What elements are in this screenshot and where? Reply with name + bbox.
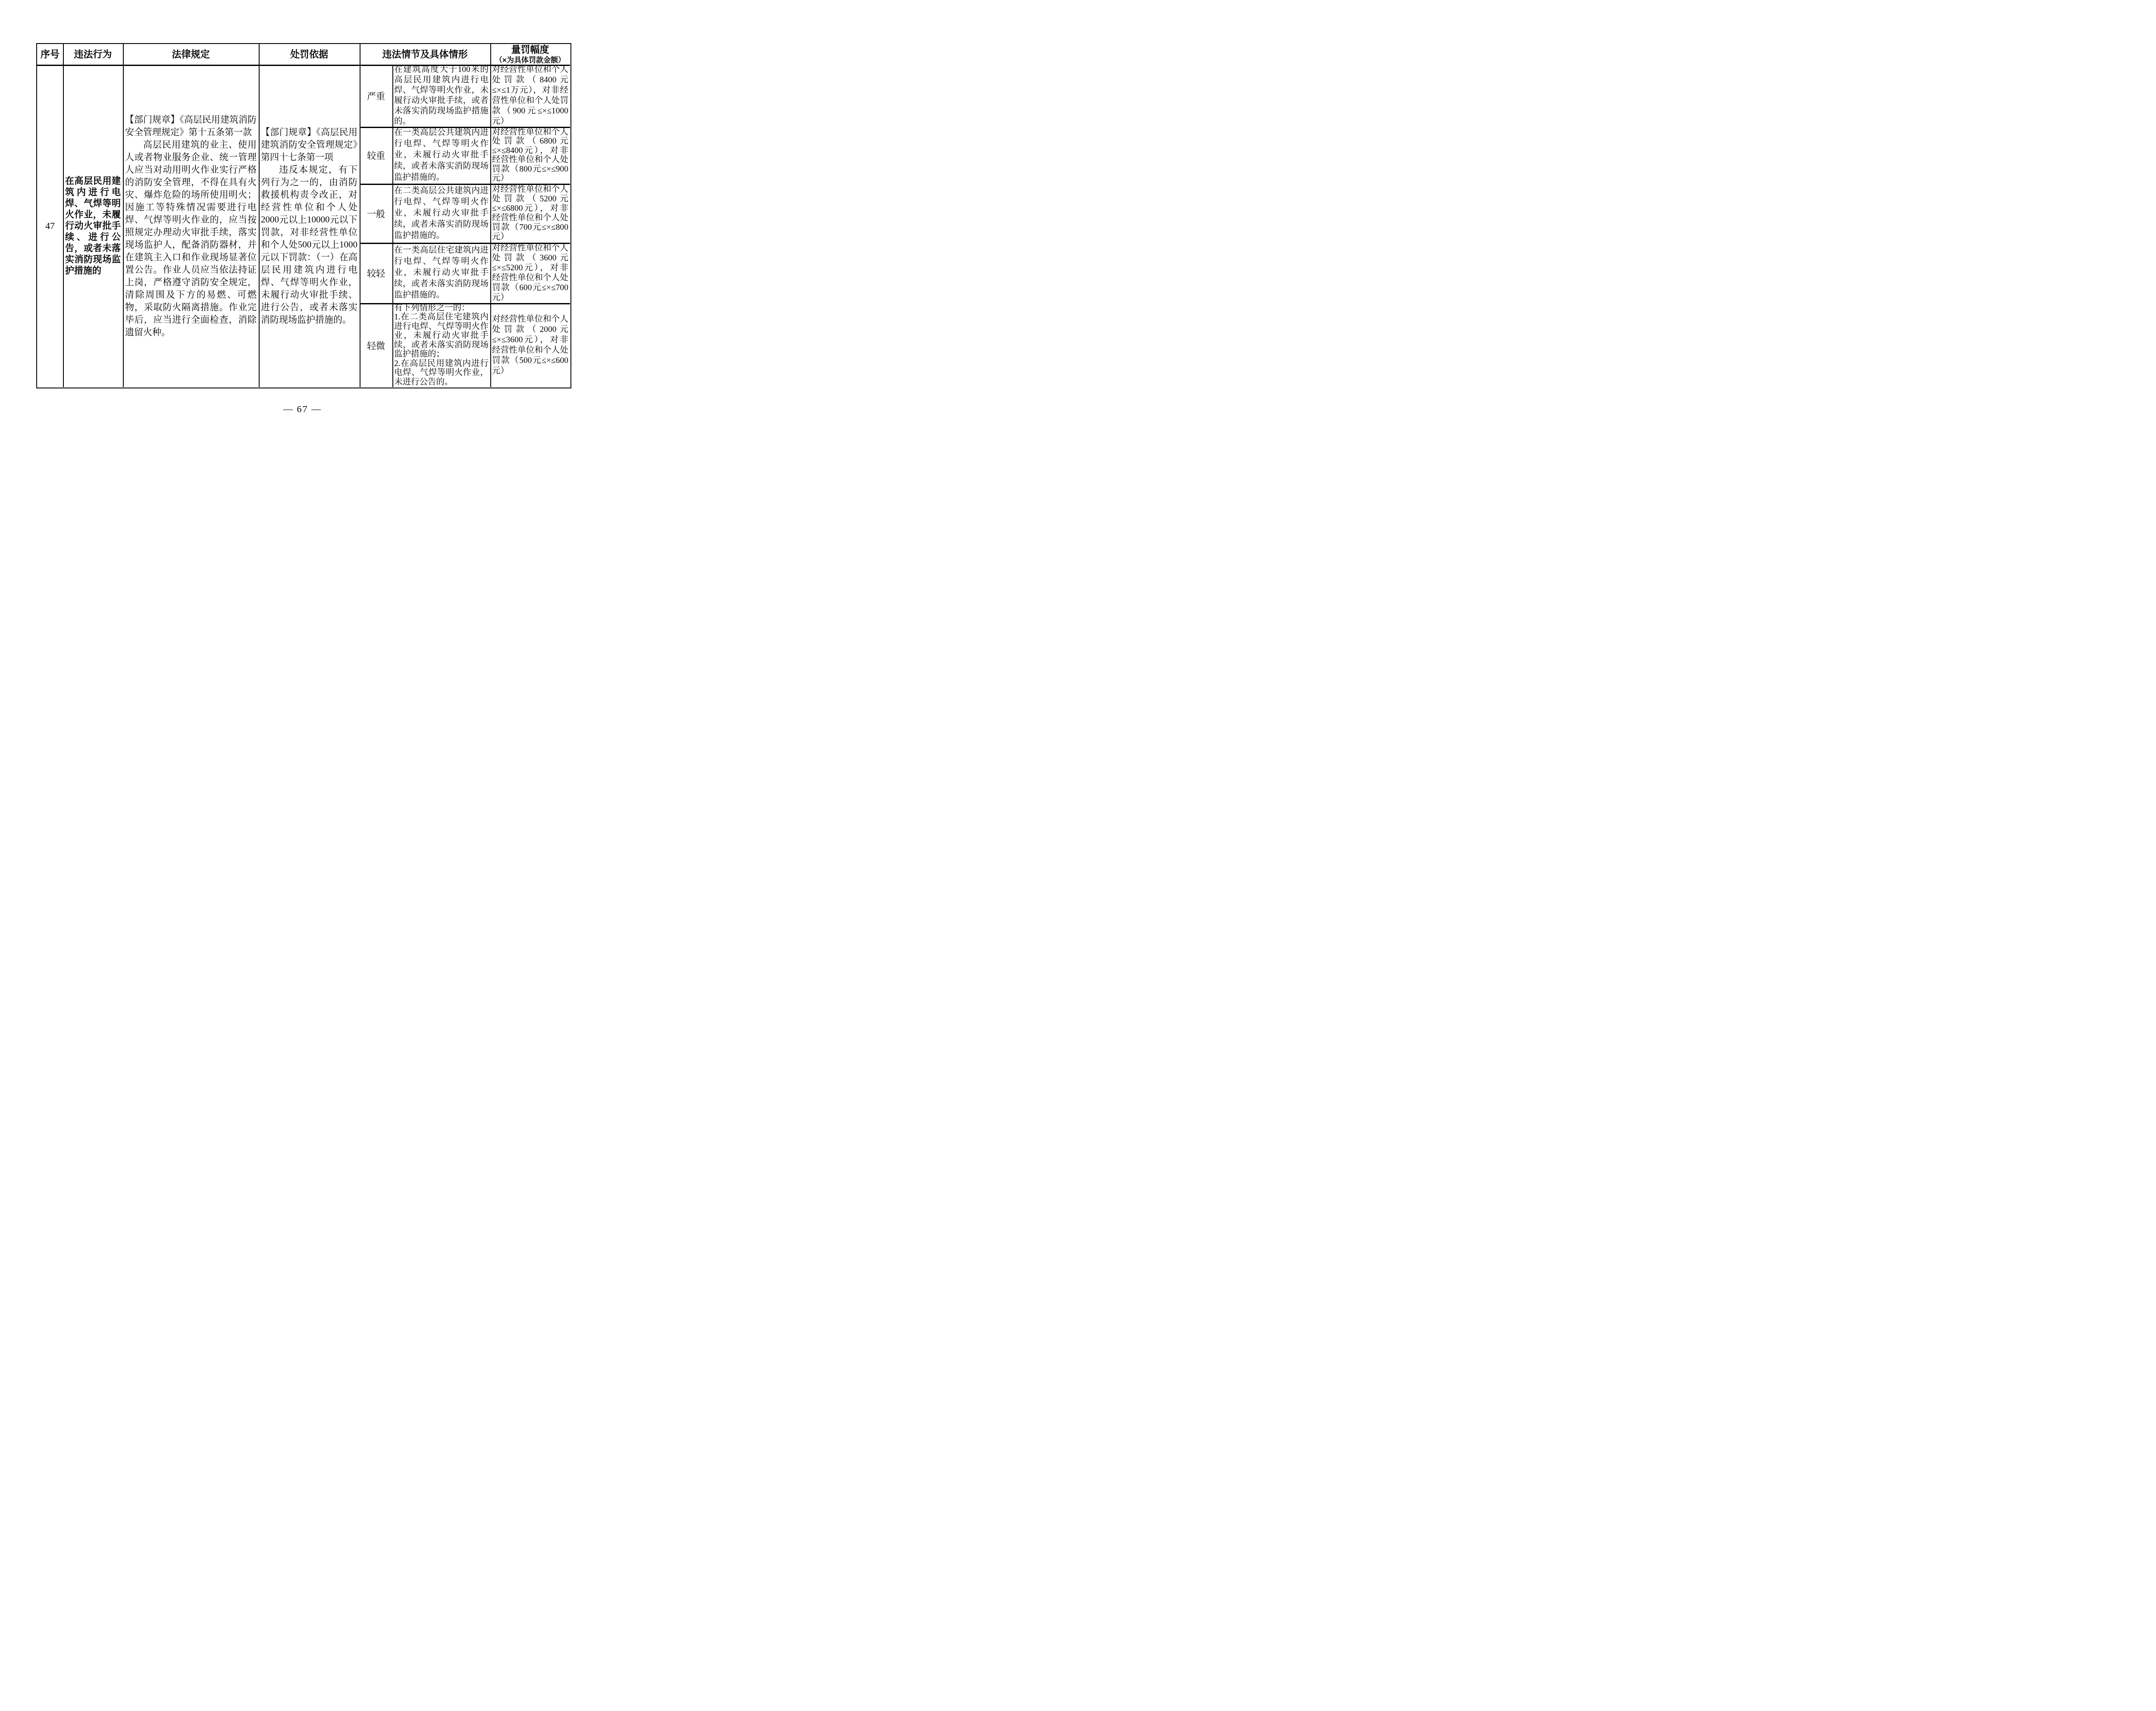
document-page: 序号 违法行为 法律规定 处罚依据 违法情节及具体情形 量罚幅度 （×为具体罚款… [0, 0, 605, 428]
severity-label: 严重 [360, 65, 392, 127]
page-number: — 67 — [0, 404, 605, 415]
penalty-table: 序号 违法行为 法律规定 处罚依据 违法情节及具体情形 量罚幅度 （×为具体罚款… [36, 43, 571, 388]
situation-item: 2.在高层民用建筑内进行电焊、气焊等明火作业，未进行公告的。 [394, 359, 489, 387]
situation-text: 在一类高层住宅建筑内进行电焊、气焊等明火作业，未履行动火审批手续，或者未落实消防… [394, 245, 489, 301]
penalty-text: 对经营性单位和个人处罚款（2000元≤×≤3600元），对非经营性单位和个人处罚… [492, 314, 568, 376]
situation-text: 在建筑高度大于100米的高层民用建筑内进行电焊、气焊等明火作业，未履行动火审批手… [394, 65, 489, 127]
severity-text: 轻微 [367, 339, 385, 352]
header-label: 违法行为 [74, 49, 112, 60]
situation-cell: 在一类高层公共建筑内进行电焊、气焊等明火作业，未履行动火审批手续，或者未落实消防… [392, 127, 490, 184]
severity-text: 一般 [367, 207, 385, 220]
situation-cell: 在一类高层住宅建筑内进行电焊、气焊等明火作业，未履行动火审批手续，或者未落实消防… [392, 243, 490, 303]
cell-illegal-act: 在高层民用建筑内进行电焊、气焊等明火作业，未履行动火审批手续、进行公告，或者未落… [63, 65, 123, 387]
cell-legal-provision: 【部门规章】《高层民用建筑消防安全管理规定》第十五条第一款 高层民用建筑的业主、… [123, 65, 259, 387]
penalty-cell: 对经营性单位和个人处罚款（3600元≤×≤5200元），对非经营性单位和个人处罚… [490, 243, 570, 303]
header-label: 法律规定 [172, 49, 210, 60]
header-serial-number: 序号 [37, 44, 63, 65]
severity-text: 严重 [367, 89, 385, 102]
penalty-cell: 对经营性单位和个人处罚款（2000元≤×≤3600元），对非经营性单位和个人处罚… [490, 303, 570, 387]
penalty-text: 对经营性单位和个人处罚款（5200元≤×≤6800元），对非经营性单位和个人处罚… [492, 185, 568, 242]
situation-text: 在一类高层公共建筑内进行电焊、气焊等明火作业，未履行动火审批手续，或者未落实消防… [394, 127, 489, 183]
situation-text: 在二类高层公共建筑内进行电焊、气焊等明火作业，未履行动火审批手续，或者未落实消防… [394, 185, 489, 241]
situation-cell: 在建筑高度大于100米的高层民用建筑内进行电焊、气焊等明火作业，未履行动火审批手… [392, 65, 490, 127]
cell-serial-number: 47 [37, 65, 63, 387]
header-circumstances: 违法情节及具体情形 [360, 44, 490, 65]
penalty-text: 对经营性单位和个人处罚款（3600元≤×≤5200元），对非经营性单位和个人处罚… [492, 243, 568, 303]
header-label: 量罚幅度 [511, 44, 549, 55]
severity-label: 一般 [360, 184, 392, 243]
penalty-text: 对经营性单位和个人处罚款（8400元≤×≤1万元），对非经营性单位和个人处罚款（… [492, 65, 568, 127]
severity-label: 轻微 [360, 303, 392, 387]
severity-text: 较重 [367, 149, 385, 162]
penalty-cell: 对经营性单位和个人处罚款（6800元≤×≤8400元），对非经营性单位和个人处罚… [490, 127, 570, 184]
penalty-cell: 对经营性单位和个人处罚款（5200元≤×≤6800元），对非经营性单位和个人处罚… [490, 184, 570, 243]
legal-provision-paragraph: 高层民用建筑的业主、使用人或者物业服务企业、统一管理人应当对动用明火作业实行严格… [125, 138, 257, 338]
illegal-act-text: 在高层民用建筑内进行电焊、气焊等明火作业，未履行动火审批手续、进行公告，或者未落… [65, 175, 121, 276]
penalty-text: 对经营性单位和个人处罚款（6800元≤×≤8400元），对非经营性单位和个人处罚… [492, 128, 568, 183]
header-punishment-basis: 处罚依据 [259, 44, 360, 65]
legal-provision-paragraph: 【部门规章】《高层民用建筑消防安全管理规定》第十五条第一款 [125, 113, 257, 138]
header-label: 序号 [41, 49, 60, 60]
header-legal-provision: 法律规定 [123, 44, 259, 65]
severity-text: 较轻 [367, 266, 385, 279]
situation-cell: 有下列情形之一的： 1.在二类高层住宅建筑内进行电焊、气焊等明火作业，未履行动火… [392, 303, 490, 387]
punishment-basis-paragraph: 违反本规定，有下列行为之一的，由消防救援机构责令改正，对经营性单位和个人处200… [261, 163, 357, 326]
situation-cell: 在二类高层公共建筑内进行电焊、气焊等明火作业，未履行动火审批手续，或者未落实消防… [392, 184, 490, 243]
header-label: 违法情节及具体情形 [382, 49, 467, 60]
severity-label: 较重 [360, 127, 392, 184]
cell-punishment-basis: 【部门规章】《高层民用建筑消防安全管理规定》第四十七条第一项 违反本规定，有下列… [259, 65, 360, 387]
severity-label: 较轻 [360, 243, 392, 303]
header-penalty-range: 量罚幅度 （×为具体罚款金额） [490, 44, 570, 65]
situation-item: 1.在二类高层住宅建筑内进行电焊、气焊等明火作业，未履行动火审批手续，或者未落实… [394, 313, 489, 359]
punishment-basis-paragraph: 【部门规章】《高层民用建筑消防安全管理规定》第四十七条第一项 [261, 126, 357, 163]
situation-intro: 有下列情形之一的： [394, 303, 489, 313]
header-label: 处罚依据 [290, 49, 328, 60]
serial-number-value: 47 [45, 220, 55, 231]
header-sublabel: （×为具体罚款金额） [495, 56, 565, 65]
penalty-cell: 对经营性单位和个人处罚款（8400元≤×≤1万元），对非经营性单位和个人处罚款（… [490, 65, 570, 127]
header-illegal-act: 违法行为 [63, 44, 123, 65]
